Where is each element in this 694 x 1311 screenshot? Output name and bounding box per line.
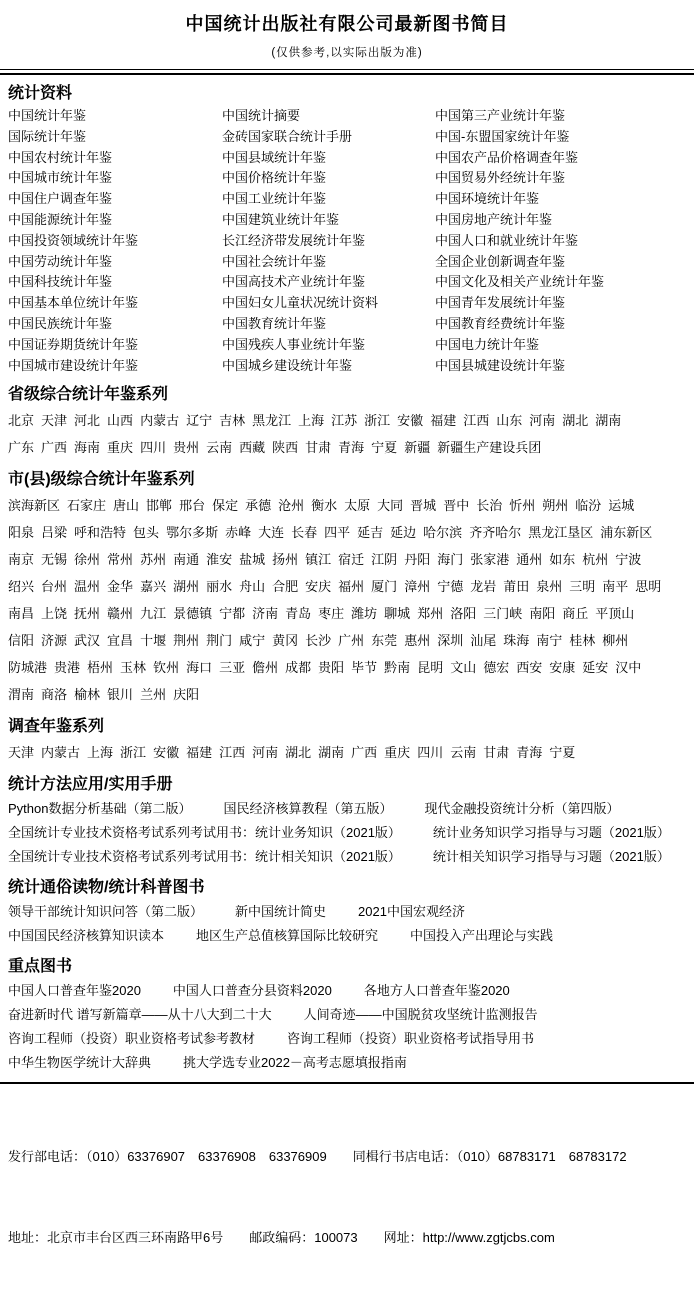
yearbook-column: 中国统计摘要金砖国家联合统计手册中国县域统计年鉴中国价格统计年鉴中国工业统计年鉴… [222, 106, 435, 376]
region-name: 邢台 [179, 498, 205, 513]
book-title: 中国住户调查年鉴 [8, 189, 222, 210]
region-name: 吉林 [219, 413, 245, 428]
region-name: 漳州 [404, 579, 430, 594]
region-name: 钦州 [153, 660, 179, 675]
region-name: 太原 [344, 498, 370, 513]
methods-book-list: Python数据分析基础（第二版）国民经济核算教程（第五版）现代金融投资统计分析… [8, 797, 686, 869]
region-name: 南京 [8, 552, 34, 567]
section-heading-city-county-yearbooks: 市(县)级综合统计年鉴系列 [8, 466, 686, 489]
region-name: 十堰 [140, 633, 166, 648]
book-title: 奋进新时代 谱写新篇章——从十八大到二十大 [8, 1007, 272, 1022]
region-name: 三明 [569, 579, 595, 594]
region-name: 上海 [298, 413, 324, 428]
region-name: 忻州 [509, 498, 535, 513]
book-title: 中国证券期货统计年鉴 [8, 335, 222, 356]
region-name: 文山 [450, 660, 476, 675]
region-name: 济南 [252, 606, 278, 621]
region-name: 江西 [219, 745, 245, 760]
region-name: 防城港 [8, 660, 47, 675]
catalog-line: 奋进新时代 谱写新篇章——从十八大到二十大人间奇迹——中国脱贫攻坚统计监测报告 [8, 1003, 686, 1027]
book-title: 中国劳动统计年鉴 [8, 252, 222, 273]
region-name: 鄂尔多斯 [166, 525, 218, 540]
region-name: 昆明 [417, 660, 443, 675]
region-name: 湖北 [285, 745, 311, 760]
region-name: 哈尔滨 [423, 525, 462, 540]
region-name: 江苏 [331, 413, 357, 428]
region-name: 上饶 [41, 606, 67, 621]
book-title: 统计业务知识学习指导与习题（2021版） [433, 825, 670, 840]
catalog-line: 中华生物医学统计大辞典挑大学选专业2022－高考志愿填报指南 [8, 1051, 686, 1075]
region-name: 湖北 [562, 413, 588, 428]
region-name: 景德镇 [173, 606, 212, 621]
region-name: 信阳 [8, 633, 34, 648]
region-name: 滨海新区 [8, 498, 60, 513]
region-name: 黔南 [384, 660, 410, 675]
region-name: 平顶山 [595, 606, 634, 621]
section-methods-handbooks: 统计方法应用/实用手册 Python数据分析基础（第二版）国民经济核算教程（第五… [0, 771, 694, 869]
region-name: 石家庄 [67, 498, 106, 513]
region-name: 桂林 [569, 633, 595, 648]
catalog-line: 绍兴台州温州金华嘉兴湖州丽水舟山合肥安庆福州厦门漳州宁德龙岩莆田泉州三明南平思明 [8, 573, 686, 600]
region-name: 莆田 [503, 579, 529, 594]
region-name: 商洛 [41, 687, 67, 702]
book-title: 各地方人口普查年鉴2020 [364, 983, 510, 998]
page-subtitle: (仅供参考,以实际出版为准) [0, 44, 694, 60]
book-title: 2021中国宏观经济 [358, 904, 465, 919]
book-title: 中国文化及相关产业统计年鉴 [435, 272, 686, 293]
region-name: 云南 [206, 440, 232, 455]
region-name: 云南 [450, 745, 476, 760]
region-name: 浙江 [364, 413, 390, 428]
region-name: 新疆 [404, 440, 430, 455]
region-name: 九江 [140, 606, 166, 621]
region-name: 南通 [173, 552, 199, 567]
region-name: 邯郸 [146, 498, 172, 513]
book-title: 中国城乡建设统计年鉴 [222, 356, 435, 377]
book-title: 中国投入产出理论与实践 [410, 928, 553, 943]
region-name: 山西 [107, 413, 133, 428]
region-name: 汉中 [615, 660, 641, 675]
region-name: 延安 [582, 660, 608, 675]
region-name: 青岛 [285, 606, 311, 621]
book-title: 中国人口普查分县资料2020 [173, 983, 332, 998]
region-name: 西藏 [239, 440, 265, 455]
region-name: 渭南 [8, 687, 34, 702]
region-name: 武汉 [74, 633, 100, 648]
section-popular-readings: 统计通俗读物/统计科普图书 领导干部统计知识问答（第二版）新中国统计简史2021… [0, 874, 694, 948]
region-name: 绍兴 [8, 579, 34, 594]
region-name: 保定 [212, 498, 238, 513]
region-name: 四川 [417, 745, 443, 760]
region-name: 潍坊 [351, 606, 377, 621]
catalog-line: 阳泉吕梁呼和浩特包头鄂尔多斯赤峰大连长春四平延吉延边哈尔滨齐齐哈尔黑龙江垦区浦东… [8, 519, 686, 546]
section-heading-popular-readings: 统计通俗读物/统计科普图书 [8, 874, 686, 897]
section-key-books: 重点图书 中国人口普查年鉴2020中国人口普查分县资料2020各地方人口普查年鉴… [0, 953, 694, 1075]
book-title: 金砖国家联合统计手册 [222, 127, 435, 148]
region-name: 荆门 [206, 633, 232, 648]
provincial-region-list: 北京天津河北山西内蒙古辽宁吉林黑龙江上海江苏浙江安徽福建江西山东河南湖北湖南广东… [8, 407, 686, 461]
catalog-line: 广东广西海南重庆四川贵州云南西藏陕西甘肃青海宁夏新疆新疆生产建设兵团 [8, 434, 686, 461]
region-name: 张家港 [470, 552, 509, 567]
region-name: 宁夏 [549, 745, 575, 760]
region-name: 南宁 [536, 633, 562, 648]
region-name: 齐齐哈尔 [469, 525, 521, 540]
region-name: 安庆 [305, 579, 331, 594]
region-name: 福建 [186, 745, 212, 760]
region-name: 晋城 [410, 498, 436, 513]
region-name: 杭州 [582, 552, 608, 567]
book-title: 新中国统计简史 [235, 904, 326, 919]
region-name: 东莞 [371, 633, 397, 648]
region-name: 广西 [351, 745, 377, 760]
region-name: 甘肃 [483, 745, 509, 760]
footer-contact-line: 发行部电话：（010）63376907 63376908 63376909 同楫… [8, 1143, 686, 1170]
book-title: 地区生产总值核算国际比较研究 [196, 928, 378, 943]
region-name: 黑龙江垦区 [528, 525, 593, 540]
book-title: 中国妇女儿童状况统计资料 [222, 293, 435, 314]
region-name: 福建 [430, 413, 456, 428]
book-title: 长江经济带发展统计年鉴 [222, 231, 435, 252]
region-name: 宁波 [615, 552, 641, 567]
key-book-list: 中国人口普查年鉴2020中国人口普查分县资料2020各地方人口普查年鉴2020奋… [8, 979, 686, 1075]
region-name: 海门 [437, 552, 463, 567]
region-name: 镇江 [305, 552, 331, 567]
region-name: 成都 [285, 660, 311, 675]
region-name: 广东 [8, 440, 34, 455]
book-title: 中国教育统计年鉴 [222, 314, 435, 335]
region-name: 内蒙古 [140, 413, 179, 428]
book-title: 中国房地产统计年鉴 [435, 210, 686, 231]
region-name: 上海 [87, 745, 113, 760]
region-name: 河南 [252, 745, 278, 760]
region-name: 辽宁 [186, 413, 212, 428]
book-title: 中国建筑业统计年鉴 [222, 210, 435, 231]
region-name: 福州 [338, 579, 364, 594]
region-name: 延吉 [357, 525, 383, 540]
region-name: 内蒙古 [41, 745, 80, 760]
book-title: 中国-东盟国家统计年鉴 [435, 127, 686, 148]
region-name: 长沙 [305, 633, 331, 648]
region-name: 赤峰 [225, 525, 251, 540]
region-name: 贵港 [54, 660, 80, 675]
region-name: 珠海 [503, 633, 529, 648]
region-name: 安徽 [153, 745, 179, 760]
region-name: 盐城 [239, 552, 265, 567]
book-title: 国际统计年鉴 [8, 127, 222, 148]
book-title: 中国民族统计年鉴 [8, 314, 222, 335]
region-name: 河南 [529, 413, 555, 428]
book-title: 中华生物医学统计大辞典 [8, 1055, 151, 1070]
region-name: 四平 [324, 525, 350, 540]
region-name: 洛阳 [450, 606, 476, 621]
book-title: 中国社会统计年鉴 [222, 252, 435, 273]
region-name: 长春 [291, 525, 317, 540]
book-title: 国民经济核算教程（第五版） [223, 801, 392, 816]
region-name: 榆林 [74, 687, 100, 702]
region-name: 安徽 [397, 413, 423, 428]
section-city-county-yearbooks: 市(县)级综合统计年鉴系列 滨海新区石家庄唐山邯郸邢台保定承德沧州衡水太原大同晋… [0, 466, 694, 708]
region-name: 黑龙江 [252, 413, 291, 428]
city-region-list: 滨海新区石家庄唐山邯郸邢台保定承德沧州衡水太原大同晋城晋中长治忻州朔州临汾运城阳… [8, 492, 686, 708]
region-name: 天津 [41, 413, 67, 428]
region-name: 浦东新区 [600, 525, 652, 540]
book-title: 中国人口普查年鉴2020 [8, 983, 141, 998]
region-name: 临汾 [575, 498, 601, 513]
region-name: 浙江 [120, 745, 146, 760]
book-title: 中国高技术产业统计年鉴 [222, 272, 435, 293]
region-name: 德宏 [483, 660, 509, 675]
region-name: 无锡 [41, 552, 67, 567]
region-name: 沧州 [278, 498, 304, 513]
region-name: 海口 [186, 660, 212, 675]
region-name: 荆州 [173, 633, 199, 648]
book-title: 中国基本单位统计年鉴 [8, 293, 222, 314]
region-name: 大同 [377, 498, 403, 513]
region-name: 朔州 [542, 498, 568, 513]
region-name: 丽水 [206, 579, 232, 594]
region-name: 枣庄 [318, 606, 344, 621]
catalog-line: 南京无锡徐州常州苏州南通淮安盐城扬州镇江宿迁江阴丹阳海门张家港通州如东杭州宁波 [8, 546, 686, 573]
book-title: 中国城市统计年鉴 [8, 168, 222, 189]
region-name: 唐山 [113, 498, 139, 513]
catalog-line: 南昌上饶抚州赣州九江景德镇宁都济南青岛枣庄潍坊聊城郑州洛阳三门峡南阳商丘平顶山 [8, 600, 686, 627]
region-name: 宁都 [219, 606, 245, 621]
section-heading-provincial-yearbooks: 省级综合统计年鉴系列 [8, 381, 686, 404]
region-name: 广西 [41, 440, 67, 455]
region-name: 贵州 [173, 440, 199, 455]
region-name: 苏州 [140, 552, 166, 567]
book-title: 挑大学选专业2022－高考志愿填报指南 [183, 1055, 407, 1070]
region-name: 舟山 [239, 579, 265, 594]
region-name: 银川 [107, 687, 133, 702]
region-name: 延边 [390, 525, 416, 540]
region-name: 宜昌 [107, 633, 133, 648]
book-title: 中国青年发展统计年鉴 [435, 293, 686, 314]
region-name: 青海 [516, 745, 542, 760]
book-title: 中国科技统计年鉴 [8, 272, 222, 293]
region-name: 贵阳 [318, 660, 344, 675]
book-title: 中国价格统计年鉴 [222, 168, 435, 189]
region-name: 呼和浩特 [74, 525, 126, 540]
region-name: 厦门 [371, 579, 397, 594]
region-name: 陕西 [272, 440, 298, 455]
footer: 发行部电话：（010）63376907 63376908 63376909 同楫… [0, 1084, 694, 1311]
page-title: 中国统计出版社有限公司最新图书简目 [0, 10, 694, 36]
region-name: 吕梁 [41, 525, 67, 540]
catalog-line: 全国统计专业技术资格考试系列考试用书：统计业务知识（2021版）统计业务知识学习… [8, 821, 686, 845]
region-name: 如东 [549, 552, 575, 567]
yearbook-column: 中国第三产业统计年鉴中国-东盟国家统计年鉴中国农产品价格调查年鉴中国贸易外经统计… [435, 106, 686, 376]
catalog-line: 全国统计专业技术资格考试系列考试用书：统计相关知识（2021版）统计相关知识学习… [8, 845, 686, 869]
catalog-line: Python数据分析基础（第二版）国民经济核算教程（第五版）现代金融投资统计分析… [8, 797, 686, 821]
region-name: 湖南 [318, 745, 344, 760]
catalog-page: 中国统计出版社有限公司最新图书简目 (仅供参考,以实际出版为准) 统计资料 中国… [0, 10, 694, 1311]
book-title: 全国统计专业技术资格考试系列考试用书：统计相关知识（2021版） [8, 849, 401, 864]
region-name: 宿迁 [338, 552, 364, 567]
region-name: 承德 [245, 498, 271, 513]
region-name: 南阳 [529, 606, 555, 621]
book-title: 中国县城建设统计年鉴 [435, 356, 686, 377]
book-title: 中国残疾人事业统计年鉴 [222, 335, 435, 356]
section-heading-survey-yearbooks: 调查年鉴系列 [8, 713, 686, 736]
book-title: 中国县域统计年鉴 [222, 148, 435, 169]
region-name: 金华 [107, 579, 133, 594]
book-title: 统计相关知识学习指导与习题（2021版） [433, 849, 670, 864]
catalog-line: 咨询工程师（投资）职业资格考试参考教材咨询工程师（投资）职业资格考试指导用书 [8, 1027, 686, 1051]
region-name: 北京 [8, 413, 34, 428]
footer-address-line: 地址：北京市丰台区西三环南路甲6号 邮政编码：100073 网址：http://… [8, 1224, 686, 1251]
region-name: 泉州 [536, 579, 562, 594]
region-name: 宁德 [437, 579, 463, 594]
region-name: 济源 [41, 633, 67, 648]
region-name: 徐州 [74, 552, 100, 567]
region-name: 赣州 [107, 606, 133, 621]
region-name: 庆阳 [173, 687, 199, 702]
book-title: 中国工业统计年鉴 [222, 189, 435, 210]
region-name: 运城 [608, 498, 634, 513]
region-name: 儋州 [252, 660, 278, 675]
book-title: 咨询工程师（投资）职业资格考试参考教材 [8, 1031, 255, 1046]
book-title: 全国统计专业技术资格考试系列考试用书：统计业务知识（2021版） [8, 825, 401, 840]
region-name: 扬州 [272, 552, 298, 567]
yearbook-column: 中国统计年鉴国际统计年鉴中国农村统计年鉴中国城市统计年鉴中国住户调查年鉴中国能源… [8, 106, 222, 376]
region-name: 南平 [602, 579, 628, 594]
region-name: 惠州 [404, 633, 430, 648]
book-title: 中国农村统计年鉴 [8, 148, 222, 169]
region-name: 黄冈 [272, 633, 298, 648]
region-name: 通州 [516, 552, 542, 567]
region-name: 山东 [496, 413, 522, 428]
region-name: 商丘 [562, 606, 588, 621]
book-title: 中国统计年鉴 [8, 106, 222, 127]
region-name: 长治 [476, 498, 502, 513]
catalog-line: 渭南商洛榆林银川兰州庆阳 [8, 681, 686, 708]
region-name: 梧州 [87, 660, 113, 675]
region-name: 郑州 [417, 606, 443, 621]
book-title: 现代金融投资统计分析（第四版） [425, 801, 620, 816]
region-name: 海南 [74, 440, 100, 455]
book-title: 中国统计摘要 [222, 106, 435, 127]
region-name: 常州 [107, 552, 133, 567]
region-name: 台州 [41, 579, 67, 594]
region-name: 新疆生产建设兵团 [437, 440, 541, 455]
region-name: 兰州 [140, 687, 166, 702]
catalog-line: 防城港贵港梧州玉林钦州海口三亚儋州成都贵阳毕节黔南昆明文山德宏西安安康延安汉中 [8, 654, 686, 681]
region-name: 三门峡 [483, 606, 522, 621]
region-name: 阳泉 [8, 525, 34, 540]
catalog-line: 信阳济源武汉宜昌十堰荆州荆门咸宁黄冈长沙广州东莞惠州深圳汕尾珠海南宁桂林柳州 [8, 627, 686, 654]
region-name: 湖州 [173, 579, 199, 594]
region-name: 晋中 [443, 498, 469, 513]
region-name: 三亚 [219, 660, 245, 675]
section-statistical-materials: 统计资料 中国统计年鉴国际统计年鉴中国农村统计年鉴中国城市统计年鉴中国住户调查年… [0, 80, 694, 376]
yearbook-grid: 中国统计年鉴国际统计年鉴中国农村统计年鉴中国城市统计年鉴中国住户调查年鉴中国能源… [8, 106, 686, 376]
region-name: 河北 [74, 413, 100, 428]
region-name: 安康 [549, 660, 575, 675]
catalog-line: 滨海新区石家庄唐山邯郸邢台保定承德沧州衡水太原大同晋城晋中长治忻州朔州临汾运城 [8, 492, 686, 519]
popular-book-list: 领导干部统计知识问答（第二版）新中国统计简史2021中国宏观经济中国国民经济核算… [8, 900, 686, 948]
region-name: 青海 [338, 440, 364, 455]
region-name: 合肥 [272, 579, 298, 594]
book-title: 中国能源统计年鉴 [8, 210, 222, 231]
book-title: 中国投资领域统计年鉴 [8, 231, 222, 252]
region-name: 淮安 [206, 552, 232, 567]
section-heading-statistical-materials: 统计资料 [8, 80, 686, 103]
book-title: 领导干部统计知识问答（第二版） [8, 904, 203, 919]
catalog-line: 北京天津河北山西内蒙古辽宁吉林黑龙江上海江苏浙江安徽福建江西山东河南湖北湖南 [8, 407, 686, 434]
region-name: 思明 [635, 579, 661, 594]
book-title: 全国企业创新调查年鉴 [435, 252, 686, 273]
region-name: 玉林 [120, 660, 146, 675]
region-name: 西安 [516, 660, 542, 675]
book-title: 中国第三产业统计年鉴 [435, 106, 686, 127]
region-name: 南昌 [8, 606, 34, 621]
region-name: 丹阳 [404, 552, 430, 567]
book-title: 中国国民经济核算知识读本 [8, 928, 164, 943]
catalog-line: 领导干部统计知识问答（第二版）新中国统计简史2021中国宏观经济 [8, 900, 686, 924]
catalog-line: 天津内蒙古上海浙江安徽福建江西河南湖北湖南广西重庆四川云南甘肃青海宁夏 [8, 739, 686, 766]
section-heading-key-books: 重点图书 [8, 953, 686, 976]
region-name: 重庆 [107, 440, 133, 455]
region-name: 江西 [463, 413, 489, 428]
book-title: 中国环境统计年鉴 [435, 189, 686, 210]
catalog-line: 中国人口普查年鉴2020中国人口普查分县资料2020各地方人口普查年鉴2020 [8, 979, 686, 1003]
region-name: 宁夏 [371, 440, 397, 455]
region-name: 四川 [140, 440, 166, 455]
region-name: 深圳 [437, 633, 463, 648]
region-name: 天津 [8, 745, 34, 760]
book-title: 中国人口和就业统计年鉴 [435, 231, 686, 252]
catalog-line: 中国国民经济核算知识读本地区生产总值核算国际比较研究中国投入产出理论与实践 [8, 924, 686, 948]
book-title: 中国贸易外经统计年鉴 [435, 168, 686, 189]
book-title: 咨询工程师（投资）职业资格考试指导用书 [287, 1031, 534, 1046]
section-provincial-yearbooks: 省级综合统计年鉴系列 北京天津河北山西内蒙古辽宁吉林黑龙江上海江苏浙江安徽福建江… [0, 381, 694, 461]
region-name: 嘉兴 [140, 579, 166, 594]
book-title: 中国教育经费统计年鉴 [435, 314, 686, 335]
book-title: 中国电力统计年鉴 [435, 335, 686, 356]
region-name: 毕节 [351, 660, 377, 675]
survey-region-list: 天津内蒙古上海浙江安徽福建江西河南湖北湖南广西重庆四川云南甘肃青海宁夏 [8, 739, 686, 766]
region-name: 广州 [338, 633, 364, 648]
region-name: 甘肃 [305, 440, 331, 455]
region-name: 江阴 [371, 552, 397, 567]
section-survey-yearbooks: 调查年鉴系列 天津内蒙古上海浙江安徽福建江西河南湖北湖南广西重庆四川云南甘肃青海… [0, 713, 694, 766]
region-name: 抚州 [74, 606, 100, 621]
book-title: 人间奇迹——中国脱贫攻坚统计监测报告 [304, 1007, 538, 1022]
book-title: Python数据分析基础（第二版） [8, 801, 191, 816]
book-title: 中国城市建设统计年鉴 [8, 356, 222, 377]
region-name: 湖南 [595, 413, 621, 428]
double-rule-divider [0, 69, 694, 75]
region-name: 重庆 [384, 745, 410, 760]
region-name: 柳州 [602, 633, 628, 648]
region-name: 衡水 [311, 498, 337, 513]
section-heading-methods-handbooks: 统计方法应用/实用手册 [8, 771, 686, 794]
region-name: 聊城 [384, 606, 410, 621]
region-name: 温州 [74, 579, 100, 594]
region-name: 汕尾 [470, 633, 496, 648]
region-name: 大连 [258, 525, 284, 540]
region-name: 包头 [133, 525, 159, 540]
region-name: 咸宁 [239, 633, 265, 648]
book-title: 中国农产品价格调查年鉴 [435, 148, 686, 169]
region-name: 龙岩 [470, 579, 496, 594]
